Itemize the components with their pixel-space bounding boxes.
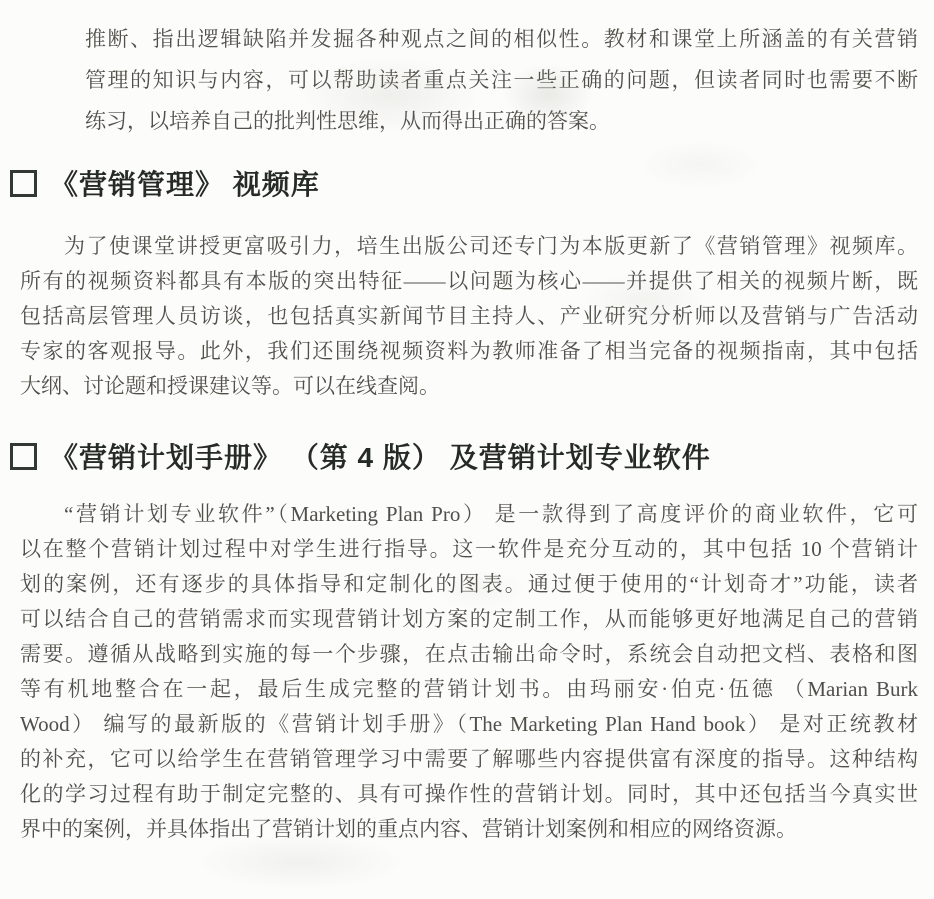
text-line: 需要。遵循从战略到实施的每一个步骤，在点击输出命令时，系统会自动把文档、表格和图 [20, 637, 918, 672]
text-line: “营销计划专业软件”（Marketing Plan Pro） 是一款得到了高度评… [20, 497, 918, 532]
text-line: 管理的知识与内容，可以帮助读者重点关注一些正确的问题，但读者同时也需要不断 [85, 60, 918, 101]
text-line: 化的学习过程有助于制定完整的、具有可操作性的营销计划。同时，其中还包括当今真实世 [20, 777, 918, 812]
text-line: Wood） 编写的最新版的《营销计划手册》（The Marketing Plan… [20, 707, 918, 742]
section-title: 《营销管理》 视频库 [50, 163, 320, 203]
square-bullet-icon [10, 170, 37, 197]
text-line: 为了使课堂讲授更富吸引力，培生出版公司还专门为本版更新了《营销管理》视频库。 [20, 229, 918, 264]
text-line: 等有机地整合在一起，最后生成完整的营销计划书。由玛丽安·伯克·伍德 （Maria… [20, 672, 918, 707]
text-line: 界中的案例，并具体指出了营销计划的重点内容、营销计划案例和相应的网络资源。 [20, 812, 918, 847]
square-bullet-icon [10, 443, 37, 470]
text-line: 可以结合自己的营销需求而实现营销计划方案的定制工作，从而能够更好地满足自己的营销 [20, 602, 918, 637]
plan-handbook-paragraph: “营销计划专业软件”（Marketing Plan Pro） 是一款得到了高度评… [20, 497, 918, 847]
section-heading-video-library: 《营销管理》 视频库 [10, 163, 320, 203]
text-line: 专家的客观报导。此外，我们还围绕视频资料为教师准备了相当完备的视频指南，其中包括 [20, 334, 918, 369]
section-heading-plan-handbook: 《营销计划手册》 （第 4 版） 及营销计划专业软件 [10, 436, 711, 476]
text-line: 的补充，它可以给学生在营销管理学习中需要了解哪些内容提供富有深度的指导。这种结构 [20, 742, 918, 777]
text-line: 包括高层管理人员访谈，也包括真实新闻节目主持人、产业研究分析师以及营销与广告活动 [20, 299, 918, 334]
section-title: 《营销计划手册》 （第 4 版） 及营销计划专业软件 [50, 436, 711, 476]
text-line: 推断、指出逻辑缺陷并发掘各种观点之间的相似性。教材和课堂上所涵盖的有关营销 [85, 19, 918, 60]
text-line: 练习，以培养自己的批判性思维，从而得出正确的答案。 [85, 101, 918, 142]
text-line: 以在整个营销计划过程中对学生进行指导。这一软件是充分互动的，其中包括 10 个营… [20, 532, 918, 567]
video-library-paragraph: 为了使课堂讲授更富吸引力，培生出版公司还专门为本版更新了《营销管理》视频库。所有… [20, 229, 918, 404]
text-line: 大纲、讨论题和授课建议等。可以在线查阅。 [20, 369, 918, 404]
intro-continued-paragraph: 推断、指出逻辑缺陷并发掘各种观点之间的相似性。教材和课堂上所涵盖的有关营销管理的… [85, 19, 918, 142]
text-line: 所有的视频资料都具有本版的突出特征——以问题为核心——并提供了相关的视频片断，既 [20, 264, 918, 299]
text-line: 划的案例，还有逐步的具体指导和定制化的图表。通过便于使用的“计划奇才”功能，读者 [20, 567, 918, 602]
scanned-book-page: 推断、指出逻辑缺陷并发掘各种观点之间的相似性。教材和课堂上所涵盖的有关营销管理的… [0, 0, 934, 899]
